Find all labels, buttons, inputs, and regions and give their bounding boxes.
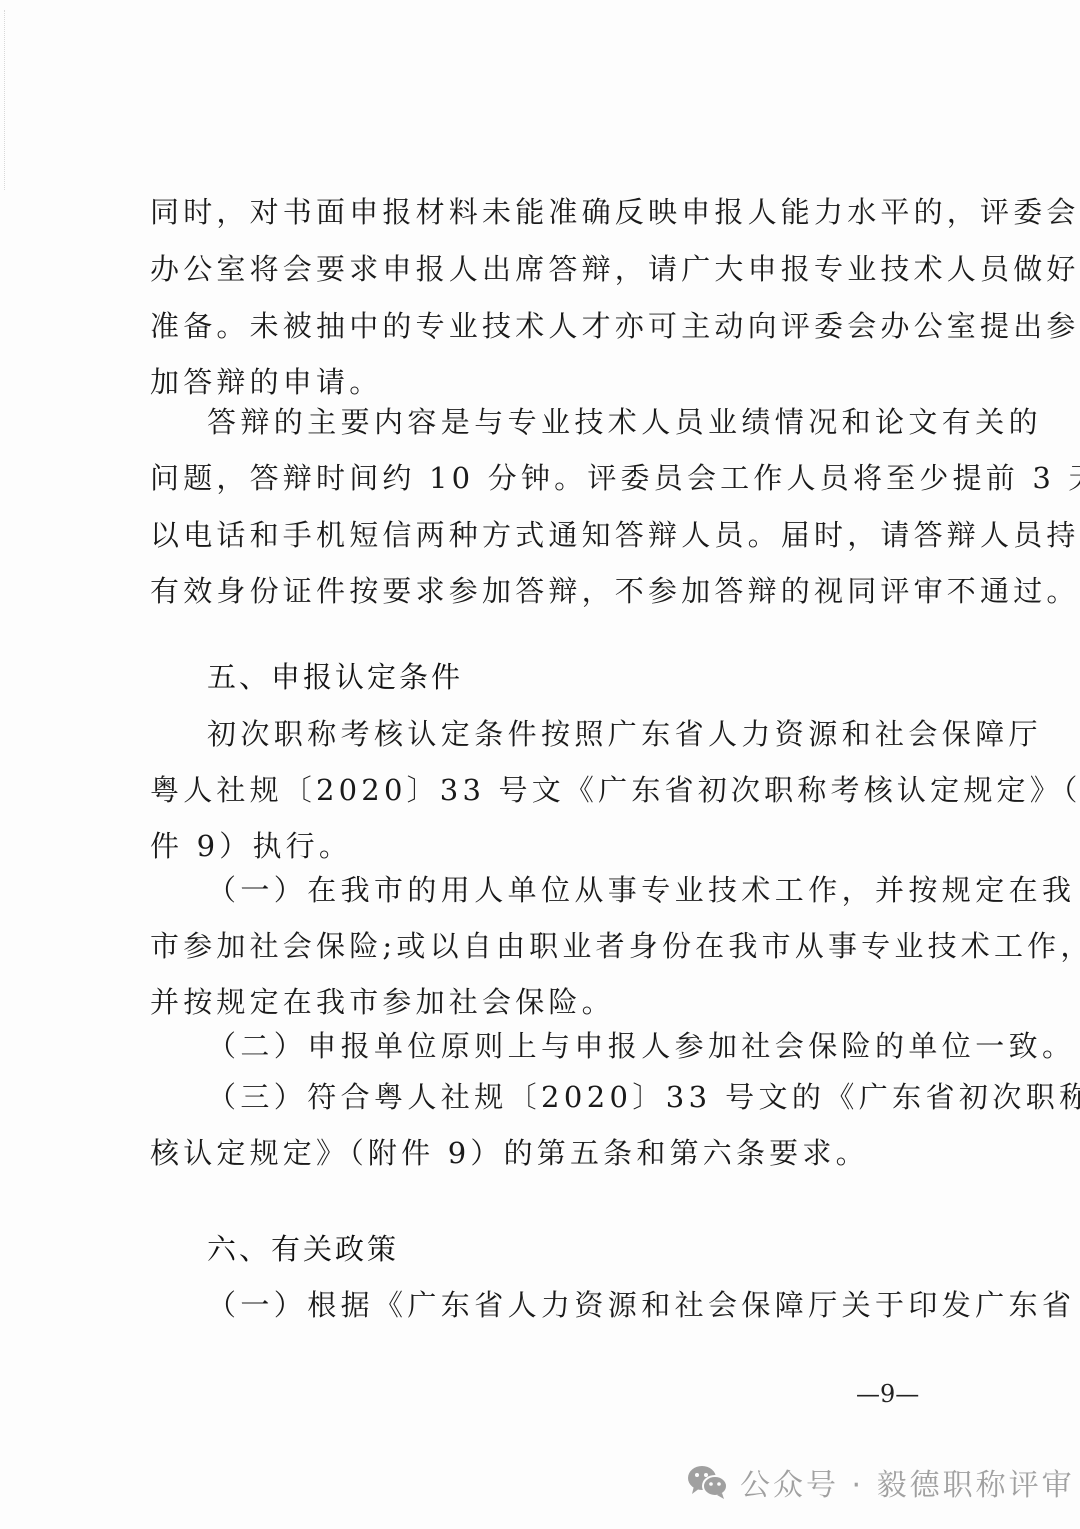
paragraph-line: 办公室将会要求申报人出席答辩，请广大申报专业技术人员做好 (150, 249, 950, 289)
paragraph-line: 件 9）执行。 (150, 826, 950, 866)
page-number: —9— (856, 1380, 919, 1408)
paragraph-line: 以电话和手机短信两种方式通知答辩人员。届时，请答辩人员持 (150, 515, 950, 555)
list-item-line: （三）符合粤人社规〔2020〕33 号文的《广东省初次职称考 (207, 1077, 1007, 1117)
paragraph-line: 答辩的主要内容是与专业技术人员业绩情况和论文有关的 (207, 402, 1007, 442)
watermark-text: 公众号 · 毅德职称评审 (740, 1460, 1075, 1504)
paragraph-line: 有效身份证件按要求参加答辩，不参加答辩的视同评审不通过。 (150, 571, 950, 611)
paragraph-line: 粤人社规〔2020〕33 号文《广东省初次职称考核认定规定》（附 (150, 770, 950, 810)
list-item-line: （一）根据《广东省人力资源和社会保障厅关于印发广东省 (207, 1285, 1007, 1325)
list-item-line: （一）在我市的用人单位从事专业技术工作，并按规定在我 (207, 870, 1007, 910)
list-item-line: 市参加社会保险;或以自由职业者身份在我市从事专业技术工作， (150, 926, 950, 966)
section-heading-5: 五、申报认定条件 (207, 657, 463, 697)
paragraph-line: 同时，对书面申报材料未能准确反映申报人能力水平的，评委会 (150, 192, 950, 232)
document-page: 同时，对书面申报材料未能准确反映申报人能力水平的，评委会 办公室将会要求申报人出… (0, 0, 1080, 1529)
section-heading-6: 六、有关政策 (207, 1229, 399, 1269)
scan-edge-marks (4, 10, 8, 190)
paragraph-line: 问题，答辩时间约 10 分钟。评委员会工作人员将至少提前 3 天 (150, 458, 950, 498)
list-item-line: （二）申报单位原则上与申报人参加社会保险的单位一致。 (207, 1026, 1007, 1066)
watermark: 公众号 · 毅德职称评审 (686, 1460, 1075, 1504)
paragraph-line: 准备。未被抽中的专业技术人才亦可主动向评委会办公室提出参 (150, 306, 950, 346)
paragraph-line: 初次职称考核认定条件按照广东省人力资源和社会保障厅 (207, 714, 1007, 754)
paragraph-line: 加答辩的申请。 (150, 362, 950, 402)
wechat-icon (686, 1464, 730, 1500)
list-item-line: 并按规定在我市参加社会保险。 (150, 982, 950, 1022)
list-item-line: 核认定规定》（附件 9）的第五条和第六条要求。 (150, 1133, 950, 1173)
